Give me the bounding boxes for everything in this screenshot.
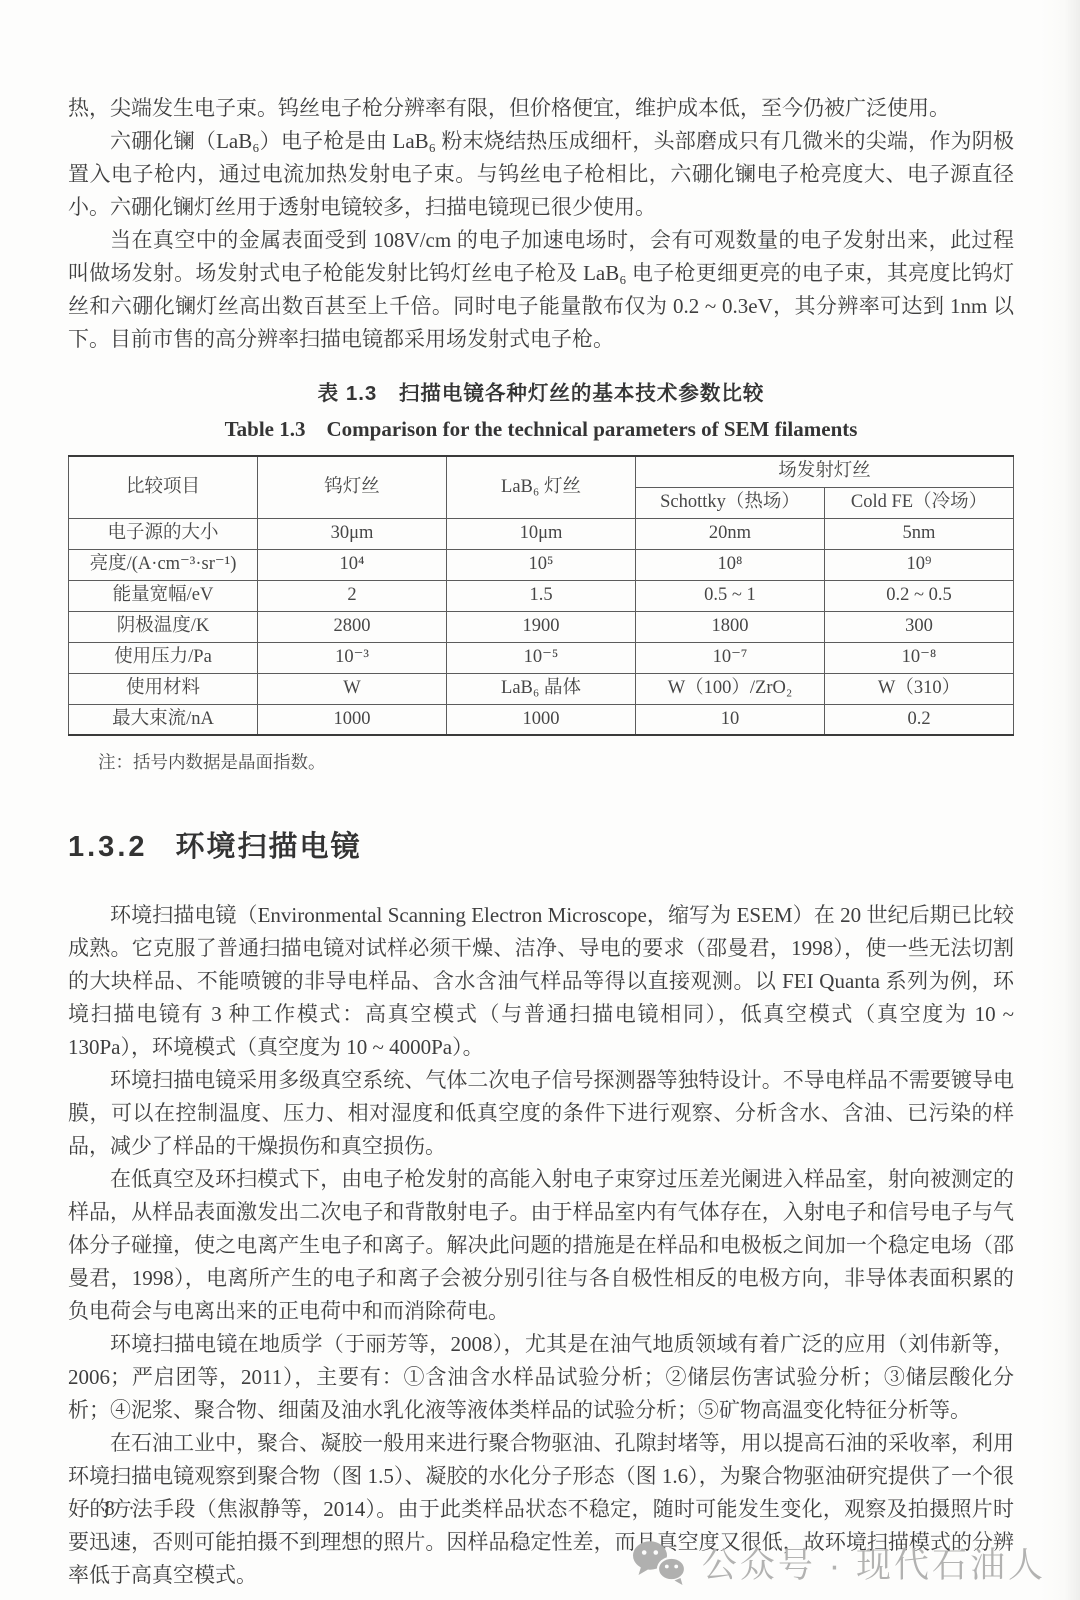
cell: 10 <box>636 704 825 735</box>
cell: 1000 <box>447 704 636 735</box>
table-row: 使用压力/Pa 10⁻³ 10⁻⁵ 10⁻⁷ 10⁻⁸ <box>69 642 1014 673</box>
cell: 0.2 <box>825 704 1014 735</box>
cell: W（310） <box>825 673 1014 704</box>
row-label: 电子源的大小 <box>69 518 258 549</box>
cell: W <box>258 673 447 704</box>
filament-comparison-table: 比较项目 钨灯丝 LaB₆ 灯丝 场发射灯丝 Schottky（热场） Cold… <box>68 455 1014 736</box>
column-header-field-emission: 场发射灯丝 <box>636 456 1014 487</box>
cell: 2800 <box>258 611 447 642</box>
paragraph-intro-2: 六硼化镧（LaB₆）电子枪是由 LaB₆ 粉末烧结热压成细杆，头部磨成只有几微米… <box>68 125 1014 224</box>
cell: 300 <box>825 611 1014 642</box>
section-title: 环境扫描电镜 <box>176 831 362 863</box>
row-label: 使用材料 <box>69 673 258 704</box>
row-label: 阴极温度/K <box>69 611 258 642</box>
row-label: 能量宽幅/eV <box>69 580 258 611</box>
cell: 1900 <box>447 611 636 642</box>
cell: 5nm <box>825 518 1014 549</box>
table-row: 电子源的大小 30μm 10μm 20nm 5nm <box>69 518 1014 549</box>
paragraph-esem-1: 环境扫描电镜（Environmental Scanning Electron M… <box>68 899 1014 1064</box>
cell: 10⁴ <box>258 549 447 580</box>
paragraph-esem-4: 环境扫描电镜在地质学（于丽芳等，2008），尤其是在油气地质领域有着广泛的应用（… <box>68 1328 1014 1427</box>
cell: 20nm <box>636 518 825 549</box>
cell: 10⁹ <box>825 549 1014 580</box>
page-number: · 8 · <box>84 1496 139 1521</box>
column-header-item: 比较项目 <box>69 456 258 518</box>
column-header-tungsten: 钨灯丝 <box>258 456 447 518</box>
cell: 30μm <box>258 518 447 549</box>
cell: 10⁵ <box>447 549 636 580</box>
table-caption-en: Table 1.3 Comparison for the technical p… <box>68 413 1014 443</box>
table-note: 注：括号内数据是晶面指数。 <box>98 749 1014 774</box>
row-label: 亮度/(A·cm⁻³·sr⁻¹) <box>69 549 258 580</box>
table-row: 使用材料 W LaB₆ 晶体 W（100）/ZrO₂ W（310） <box>69 673 1014 704</box>
cell: 10⁻⁸ <box>825 642 1014 673</box>
wechat-icon <box>632 1540 688 1586</box>
cell: 10μm <box>447 518 636 549</box>
book-page: 热，尖端发生电子束。钨丝电子枪分辨率有限，但价格便宜，维护成本低，至今仍被广泛使… <box>0 0 1080 1600</box>
table-row: 最大束流/nA 1000 1000 10 0.2 <box>69 704 1014 735</box>
watermark-text: 公众号 · 现代石油人 <box>702 1538 1046 1588</box>
table-row: 能量宽幅/eV 2 1.5 0.5 ~ 1 0.2 ~ 0.5 <box>69 580 1014 611</box>
cell: W（100）/ZrO₂ <box>636 673 825 704</box>
cell: 10⁻³ <box>258 642 447 673</box>
column-header-lab6: LaB₆ 灯丝 <box>447 456 636 518</box>
cell: 1800 <box>636 611 825 642</box>
table-row: 亮度/(A·cm⁻³·sr⁻¹) 10⁴ 10⁵ 10⁸ 10⁹ <box>69 549 1014 580</box>
cell: 10⁻⁷ <box>636 642 825 673</box>
cell: 0.2 ~ 0.5 <box>825 580 1014 611</box>
paragraph-intro-1: 热，尖端发生电子束。钨丝电子枪分辨率有限，但价格便宜，维护成本低，至今仍被广泛使… <box>68 92 1014 125</box>
cell: 2 <box>258 580 447 611</box>
paragraph-esem-3: 在低真空及环扫模式下，由电子枪发射的高能入射电子束穿过压差光阑进入样品室，射向被… <box>68 1163 1014 1328</box>
column-header-schottky: Schottky（热场） <box>636 487 825 518</box>
cell: 10⁻⁵ <box>447 642 636 673</box>
cell: LaB₆ 晶体 <box>447 673 636 704</box>
watermark: 公众号 · 现代石油人 <box>632 1538 1046 1588</box>
row-label: 最大束流/nA <box>69 704 258 735</box>
table-caption-zh: 表 1.3 扫描电镜各种灯丝的基本技术参数比较 <box>68 376 1014 406</box>
paragraph-esem-2: 环境扫描电镜采用多级真空系统、气体二次电子信号探测器等独特设计。不导电样品不需要… <box>68 1064 1014 1163</box>
row-label: 使用压力/Pa <box>69 642 258 673</box>
cell: 1.5 <box>447 580 636 611</box>
cell: 0.5 ~ 1 <box>636 580 825 611</box>
column-header-cold-fe: Cold FE（冷场） <box>825 487 1014 518</box>
section-heading: 1.3.2环境扫描电镜 <box>68 824 1014 865</box>
cell: 10⁸ <box>636 549 825 580</box>
table-row: 阴极温度/K 2800 1900 1800 300 <box>69 611 1014 642</box>
section-number: 1.3.2 <box>68 831 148 863</box>
cell: 1000 <box>258 704 447 735</box>
paragraph-intro-3: 当在真空中的金属表面受到 108V/cm 的电子加速电场时，会有可观数量的电子发… <box>68 224 1014 356</box>
